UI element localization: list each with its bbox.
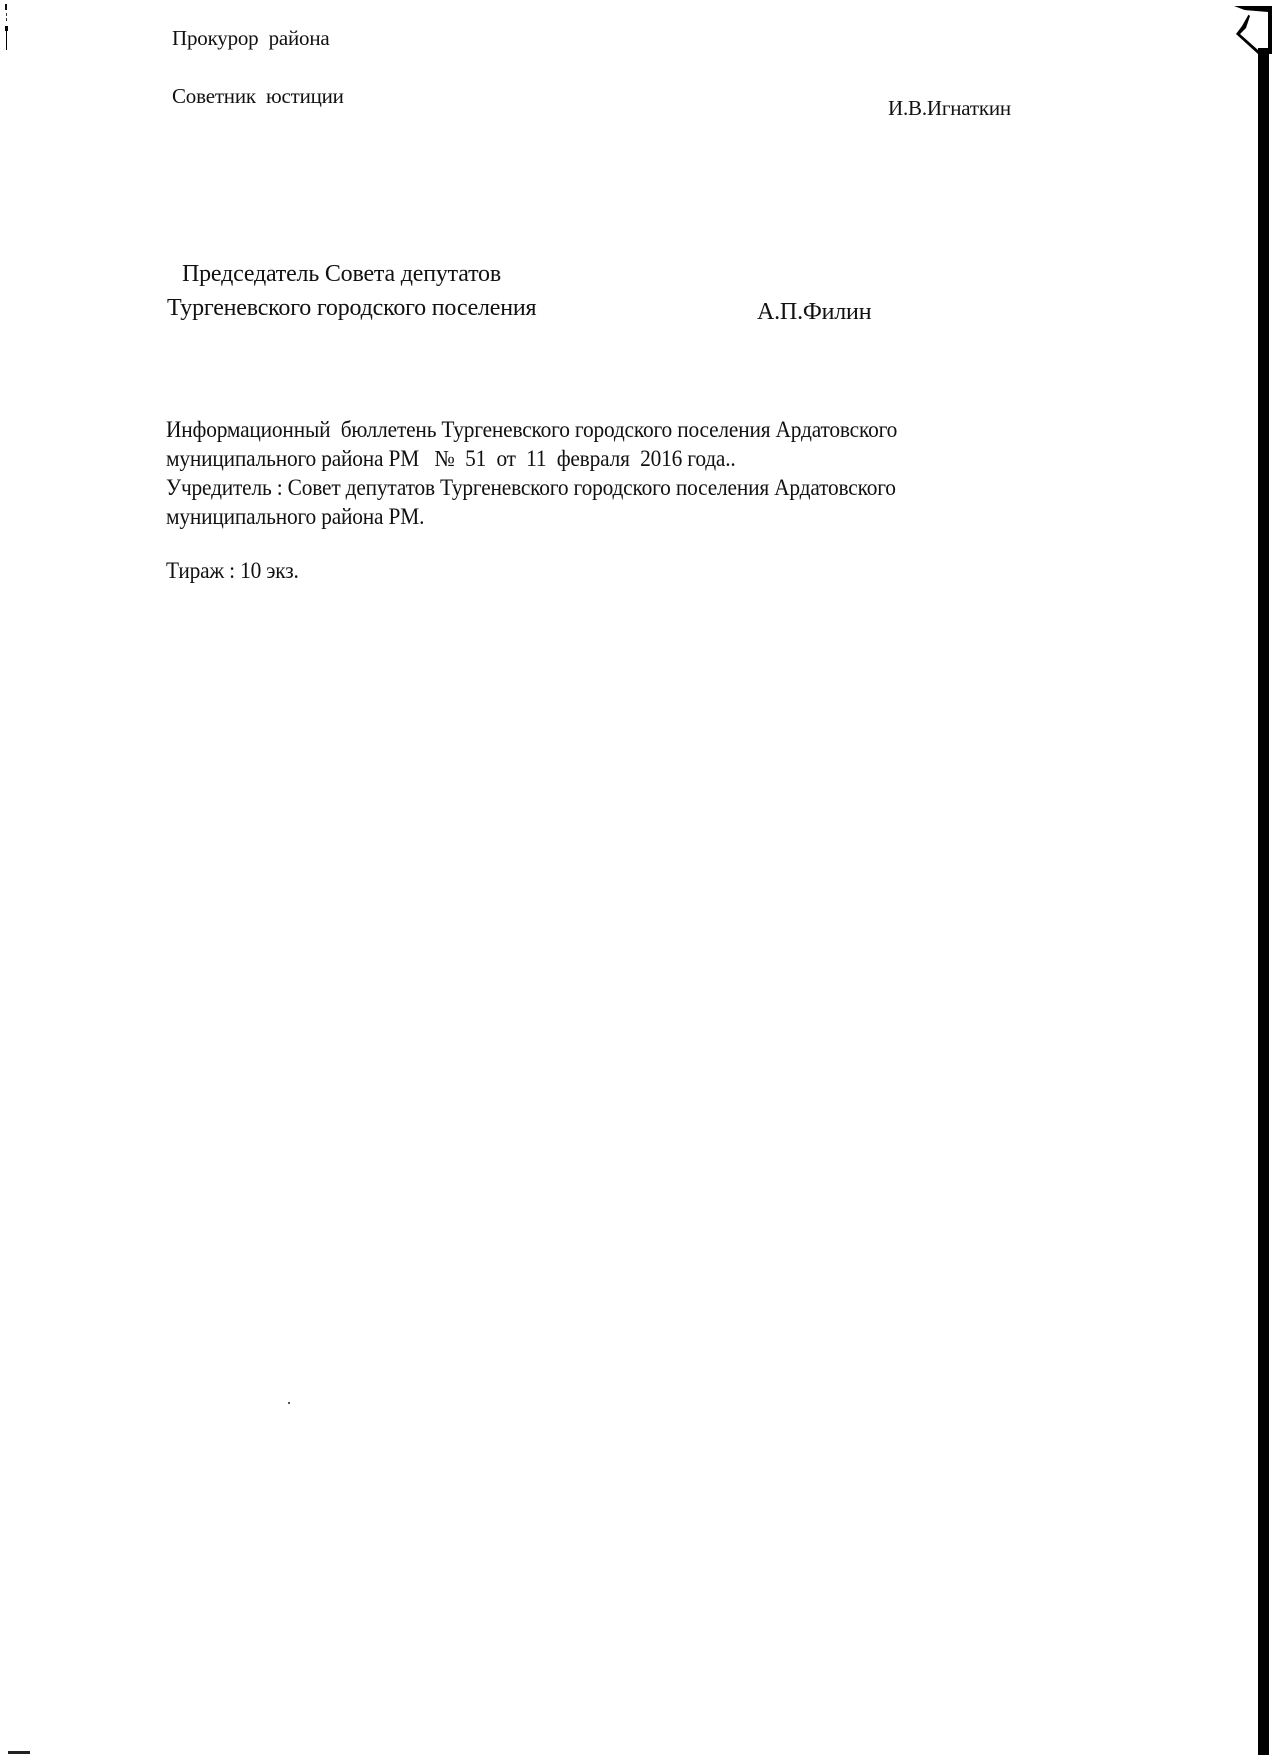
bulletin-title-line1: Информационный бюллетень Тургеневского г… — [166, 418, 897, 441]
chairman-name: А.П.Филин — [757, 300, 871, 324]
scan-artifact-right-edge-bar — [1258, 48, 1269, 1755]
prosecutor-title: Прокурор района — [172, 28, 330, 49]
bulletin-founder-line2: муниципального района РМ. — [166, 505, 424, 528]
prosecutor-name: И.В.Игнаткин — [888, 98, 1011, 119]
chairman-title: Председатель Совета депутатов — [182, 262, 501, 286]
bulletin-founder-line1: Учредитель : Совет депутатов Тургеневско… — [166, 476, 896, 499]
bulletin-circulation: Тираж : 10 экз. — [166, 559, 299, 582]
scan-artifact-dot — [288, 1402, 290, 1404]
bulletin-title-line2: муниципального района РМ № 51 от 11 февр… — [166, 447, 736, 470]
chairman-organization: Тургеневского городского поселения — [167, 296, 536, 320]
scan-artifact-left-mark — [4, 4, 10, 50]
scan-artifact-bottom-mark — [8, 1751, 30, 1754]
prosecutor-rank: Советник юстиции — [172, 86, 344, 107]
